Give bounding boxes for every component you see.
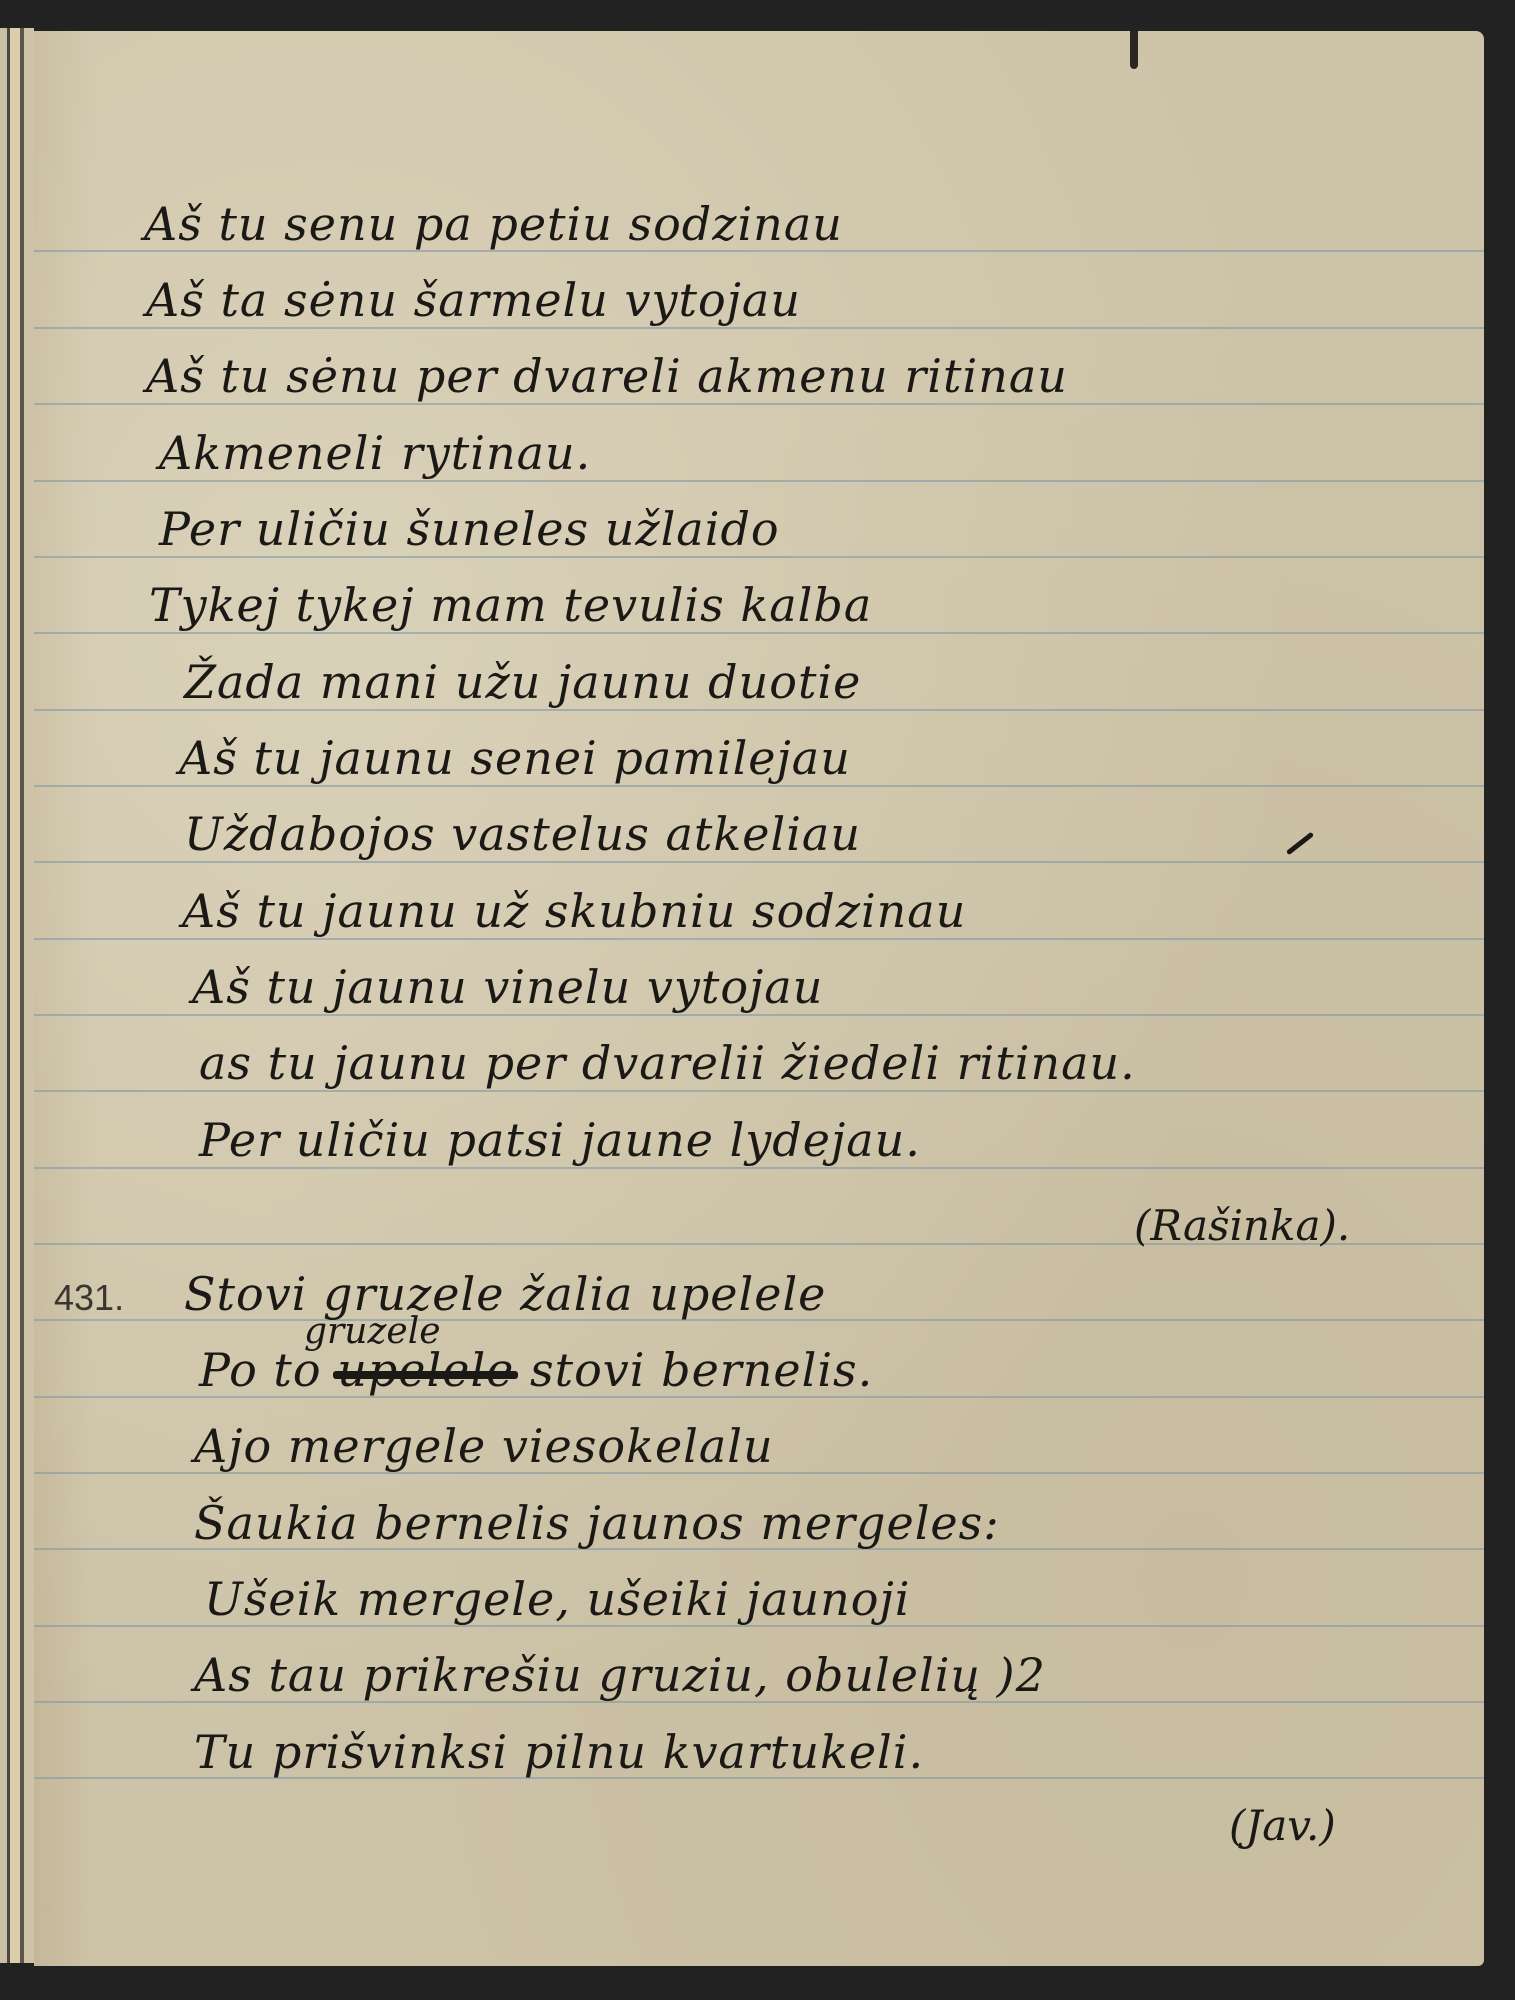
verse-line: Per uličiu patsi jaune lydejau. (199, 1117, 921, 1163)
stray-accent-mark (1286, 832, 1314, 856)
struck-word: upelele (337, 1347, 514, 1393)
verse-line: Aš ta sėnu šarmelu vytojau (146, 277, 801, 323)
verse-line: Po to upelele stovi bernelis. (199, 1347, 873, 1393)
verse-line: Tu prišvinksi pilnu kvartukeli. (194, 1729, 924, 1775)
verse-line: Uždabojos vastelus atkeliau (184, 811, 861, 857)
ink-blot (1130, 31, 1138, 69)
ruled-line (34, 785, 1484, 787)
verse-text: As tau prikrešiu gruziu, obulelių (194, 1648, 981, 1702)
verse-line: Šaukia bernelis jaunos mergeles: (194, 1500, 1000, 1546)
ruled-line (34, 1014, 1484, 1016)
source-attribution: (Jav.) (1229, 1801, 1336, 1850)
ruled-line (34, 403, 1484, 405)
page-edge (24, 28, 34, 1963)
repeat-marker: )2 (997, 1648, 1046, 1702)
verse-line: as tu jaunu per dvarelii žiedeli ritinau… (199, 1040, 1136, 1086)
verse-line: Aš tu sėnu per dvareli akmenu ritinau (146, 353, 1068, 399)
ruled-line (34, 1090, 1484, 1092)
ruled-line (34, 1167, 1484, 1169)
verse-line: Žada mani užu jaunu duotie (184, 659, 861, 705)
verse-line: Aš tu jaunu už skubniu sodzinau (182, 888, 966, 934)
ruled-line (34, 938, 1484, 940)
verse-line: Ušeik mergele, ušeiki jaunoji (204, 1576, 910, 1622)
ruled-line (34, 556, 1484, 558)
verse-line: Tykej tykej mam tevulis kalba (149, 582, 872, 628)
ruled-line (34, 480, 1484, 482)
verse-line: Aš tu senu pa petiu sodzinau (144, 201, 843, 247)
notebook-page: Aš tu senu pa petiu sodzinau Aš ta sėnu … (34, 31, 1484, 1966)
verse-line: Akmeneli rytinau. (159, 430, 591, 476)
inserted-correction: gruzele (304, 1311, 441, 1352)
verse-line: As tau prikrešiu gruziu, obulelių )2 (194, 1652, 1046, 1698)
document-scan: Aš tu senu pa petiu sodzinau Aš ta sėnu … (0, 0, 1515, 2000)
song-number: 431. (54, 1277, 124, 1319)
verse-line: Stovi gruzele žalia upelele (184, 1271, 826, 1317)
page-edge (0, 28, 7, 1963)
ruled-line (34, 861, 1484, 863)
verse-line: Ajo mergele viesokelalu (194, 1423, 774, 1469)
verse-line: Per uličiu šuneles užlaido (159, 506, 780, 552)
notebook-binding (0, 28, 36, 1963)
ruled-line (34, 632, 1484, 634)
ruled-line (34, 327, 1484, 329)
page-edge (10, 28, 20, 1963)
ruled-line (34, 709, 1484, 711)
verse-text: stovi bernelis. (530, 1343, 873, 1397)
source-attribution: (Rašinka). (1134, 1201, 1350, 1250)
verse-line: Aš tu jaunu senei pamilejau (179, 735, 851, 781)
verse-line: Aš tu jaunu vinelu vytojau (192, 964, 823, 1010)
